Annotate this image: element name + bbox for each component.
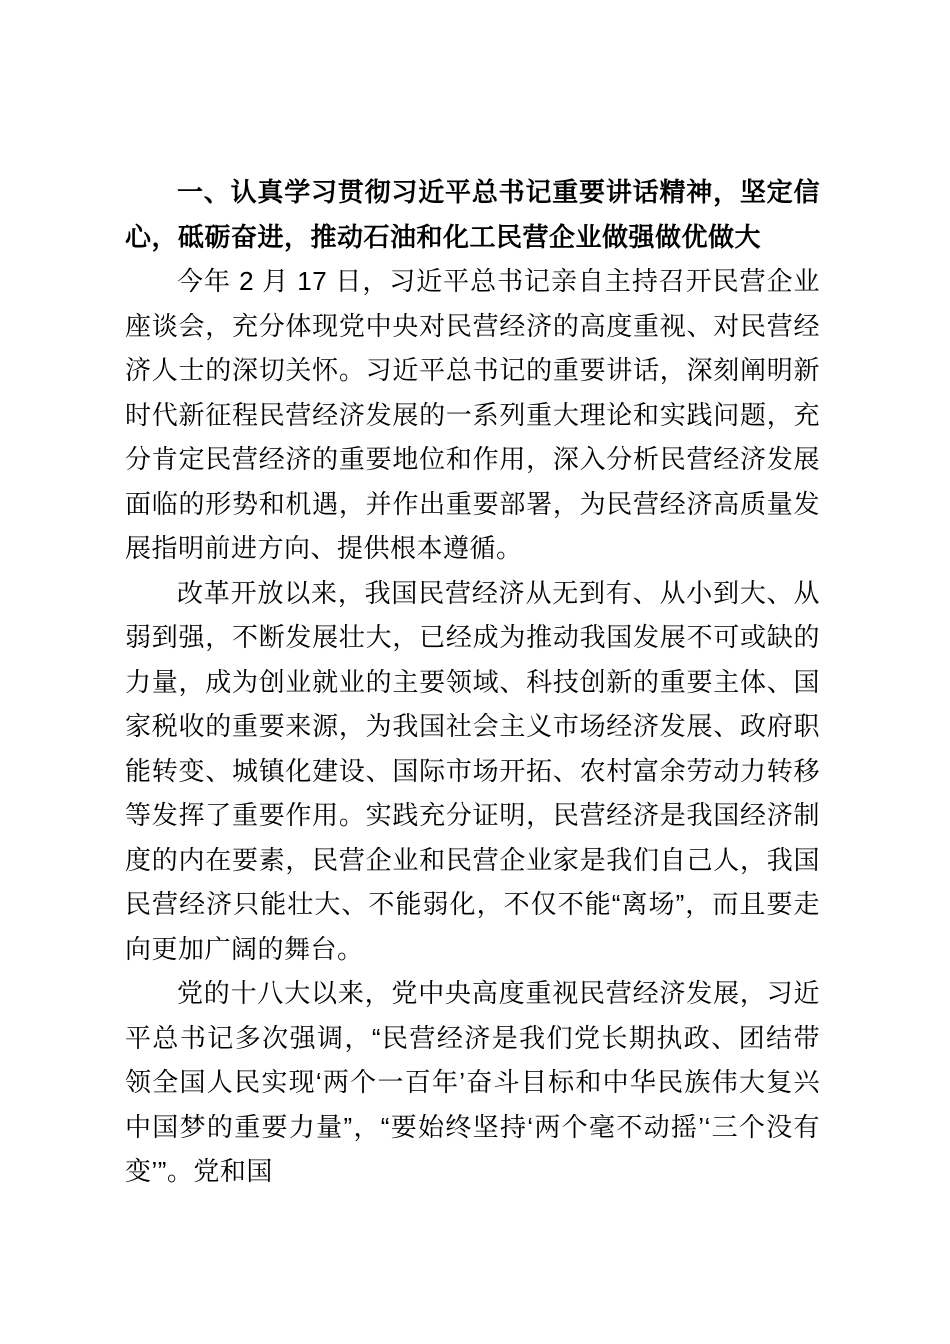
paragraph: 党的十八大以来，党中央高度重视民营经济发展，习近平总书记多次强调，“民营经济是我… (125, 971, 820, 1194)
document-page: 一、认真学习贯彻习近平总书记重要讲话精神，坚定信心，砥砺奋进，推动石油和化工民营… (0, 0, 950, 1344)
paragraph: 今年 2 月 17 日，习近平总书记亲自主持召开民营企业座谈会，充分体现党中央对… (125, 259, 820, 571)
document-text-block: 一、认真学习贯彻习近平总书记重要讲话精神，坚定信心，砥砺奋进，推动石油和化工民营… (125, 170, 820, 1194)
section-heading: 一、认真学习贯彻习近平总书记重要讲话精神，坚定信心，砥砺奋进，推动石油和化工民营… (125, 170, 820, 259)
paragraph: 改革开放以来，我国民营经济从无到有、从小到大、从弱到强，不断发展壮大，已经成为推… (125, 571, 820, 972)
